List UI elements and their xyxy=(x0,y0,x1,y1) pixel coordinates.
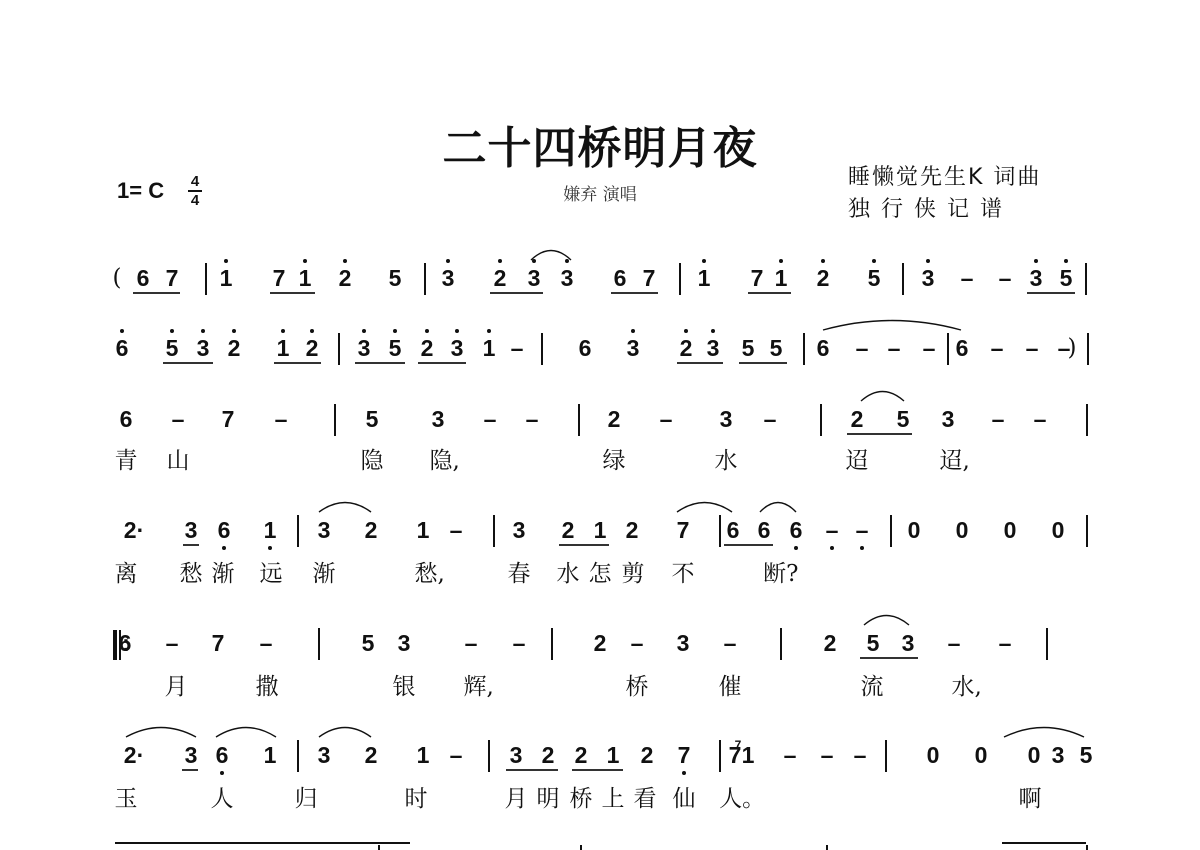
dash: – xyxy=(854,742,867,768)
dash: – xyxy=(260,630,273,656)
beam-underline xyxy=(611,292,658,294)
bracket: ( xyxy=(113,265,122,291)
lyric-syllable: 仙 xyxy=(673,780,696,813)
note: 5 xyxy=(770,335,783,361)
beam-underline xyxy=(274,362,321,364)
barline xyxy=(297,740,299,772)
note: 6 xyxy=(956,335,969,361)
note: 2 xyxy=(339,265,352,291)
note: 3 xyxy=(358,335,371,361)
beam-underline xyxy=(506,769,558,771)
note: 2 xyxy=(228,335,241,361)
note: 2 xyxy=(494,265,507,291)
note: 7 xyxy=(222,406,235,432)
note: 3 xyxy=(451,335,464,361)
lyric-syllable: 绿 xyxy=(603,442,626,475)
octave-dot-above xyxy=(232,329,236,333)
beam-underline xyxy=(133,292,180,294)
lyric-syllable: 剪 xyxy=(622,555,645,588)
beam-underline xyxy=(860,657,918,659)
lyric-syllable: 渐 xyxy=(212,555,235,588)
note: 2 xyxy=(562,517,575,543)
note: 6 xyxy=(137,265,150,291)
score-line-7-partial xyxy=(0,838,1200,850)
score-line-3: 6–7–53––2–3–253––青山隐隐,绿水迢迢, xyxy=(0,406,1200,496)
octave-dot-above xyxy=(303,259,307,263)
note: 2 xyxy=(306,335,319,361)
lyric-syllable: 断? xyxy=(763,555,798,588)
note: 3 xyxy=(561,265,574,291)
lyric-syllable: 愁 xyxy=(180,555,203,588)
note: 3 xyxy=(528,265,541,291)
score-line-4: 2·361321–32127666––0000离愁渐远渐愁,春水怎剪不断? xyxy=(0,517,1200,607)
beam-underline xyxy=(677,362,723,364)
octave-dot-below xyxy=(682,771,686,775)
score-line-6: 2·361321–32212771–––000357玉人归时月明桥上看仙人。啊 xyxy=(0,742,1200,832)
note: 3 xyxy=(185,742,198,768)
note: 5 xyxy=(389,265,402,291)
dash: – xyxy=(275,406,288,432)
note: 2 xyxy=(365,517,378,543)
lyric-syllable: 人 xyxy=(211,780,234,813)
lyric-syllable: 辉, xyxy=(464,668,494,701)
note: 6 xyxy=(216,742,229,768)
note: 6 xyxy=(120,406,133,432)
repeat-thick-bar xyxy=(113,630,117,660)
note: 1 xyxy=(483,335,496,361)
note: 5 xyxy=(868,265,881,291)
note: 2· xyxy=(124,517,144,543)
note: 3 xyxy=(442,265,455,291)
note: 3 xyxy=(197,335,210,361)
barline xyxy=(205,263,207,295)
note: 7 xyxy=(643,265,656,291)
note: 1 xyxy=(417,742,430,768)
dash: – xyxy=(961,265,974,291)
octave-dot-above xyxy=(821,259,825,263)
note: 2 xyxy=(641,742,654,768)
beam-underline xyxy=(270,292,315,294)
note: 3 xyxy=(677,630,690,656)
barline xyxy=(902,263,904,295)
note: 5 xyxy=(166,335,179,361)
dash: – xyxy=(821,742,834,768)
dash: – xyxy=(856,335,869,361)
dash: – xyxy=(172,406,185,432)
note: 2 xyxy=(542,742,555,768)
note: 6 xyxy=(116,335,129,361)
octave-dot-above xyxy=(1064,259,1068,263)
beam-underline xyxy=(559,544,609,546)
note: 1 xyxy=(299,265,312,291)
lyric-syllable: 离 xyxy=(115,555,138,588)
note: 2 xyxy=(608,406,621,432)
octave-dot-above xyxy=(779,259,783,263)
note: 7 xyxy=(678,742,691,768)
octave-dot-above xyxy=(170,329,174,333)
beam-underline xyxy=(1027,292,1075,294)
octave-dot-above xyxy=(455,329,459,333)
note: 5 xyxy=(1080,742,1093,768)
note: 7 xyxy=(677,517,690,543)
note: 2 xyxy=(824,630,837,656)
lyric-syllable: 归 xyxy=(295,780,318,813)
slur-long xyxy=(115,842,410,844)
slur-arc xyxy=(822,317,962,331)
lyric-syllable: 催 xyxy=(719,668,742,701)
note: 7 xyxy=(273,265,286,291)
note: 3 xyxy=(185,517,198,543)
note: 0 xyxy=(975,742,988,768)
note: 3 xyxy=(922,265,935,291)
note: 5 xyxy=(1060,265,1073,291)
note: 1 xyxy=(264,742,277,768)
note: 0 xyxy=(1052,517,1065,543)
octave-dot-above xyxy=(310,329,314,333)
slur-arc xyxy=(860,388,905,402)
dash: – xyxy=(166,630,179,656)
octave-dot-above xyxy=(684,329,688,333)
dash: – xyxy=(631,630,644,656)
lyric-syllable: 山 xyxy=(167,442,190,475)
octave-dot-above xyxy=(393,329,397,333)
barline xyxy=(1086,515,1088,547)
lyric-syllable: 时 xyxy=(405,780,428,813)
slur-right xyxy=(1002,842,1086,844)
octave-dot-above xyxy=(498,259,502,263)
barline xyxy=(493,515,495,547)
lyric-syllable: 怎 xyxy=(589,555,612,588)
barline xyxy=(541,333,543,365)
note: 0 xyxy=(1004,517,1017,543)
lyric-syllable: 看 xyxy=(634,780,657,813)
dash: – xyxy=(511,335,524,361)
note: 1 xyxy=(264,517,277,543)
note: 6 xyxy=(119,630,132,656)
bracket: ) xyxy=(1068,335,1077,361)
lyric-syllable: 流 xyxy=(861,668,884,701)
slur-arc xyxy=(318,499,372,513)
beam-underline xyxy=(355,362,405,364)
note: 3 xyxy=(707,335,720,361)
barline xyxy=(890,515,892,547)
slur-arc xyxy=(676,499,733,513)
octave-dot-above xyxy=(425,329,429,333)
beam-underline xyxy=(418,362,466,364)
octave-dot-below xyxy=(268,546,272,550)
note: 3 xyxy=(510,742,523,768)
dash: – xyxy=(999,630,1012,656)
dash: – xyxy=(991,335,1004,361)
score-line-5: :6–7–53––2–3–253––月撒银辉,桥催流水, xyxy=(0,630,1200,720)
note: 6 xyxy=(614,265,627,291)
dash: – xyxy=(888,335,901,361)
lyric-syllable: 水 xyxy=(715,442,738,475)
dash: – xyxy=(513,630,526,656)
note: 1 xyxy=(607,742,620,768)
slur-arc xyxy=(215,724,277,738)
note: 2 xyxy=(365,742,378,768)
dash: – xyxy=(999,265,1012,291)
lyric-syllable: 银 xyxy=(393,668,416,701)
octave-dot-above xyxy=(224,259,228,263)
slur-arc xyxy=(530,247,572,261)
lyric-syllable: 水 xyxy=(557,555,580,588)
octave-dot-above xyxy=(711,329,715,333)
lyric-syllable: 月 xyxy=(165,668,188,701)
dash: – xyxy=(948,630,961,656)
octave-dot-above xyxy=(702,259,706,263)
octave-dot-above xyxy=(926,259,930,263)
note: 0 xyxy=(956,517,969,543)
note: 2 xyxy=(421,335,434,361)
slur-arc xyxy=(125,724,197,738)
slur-arc xyxy=(863,612,910,626)
barline xyxy=(551,628,553,660)
note: 6 xyxy=(579,335,592,361)
note: 3 xyxy=(432,406,445,432)
octave-dot-below xyxy=(860,546,864,550)
barline xyxy=(803,333,805,365)
barline xyxy=(820,404,822,436)
barline xyxy=(1085,263,1087,295)
barline xyxy=(334,404,336,436)
barline xyxy=(578,404,580,436)
note: 3 xyxy=(318,517,331,543)
barline xyxy=(780,628,782,660)
note: 6 xyxy=(218,517,231,543)
barline xyxy=(885,740,887,772)
note: 5 xyxy=(742,335,755,361)
note: 1 xyxy=(742,742,755,768)
lyric-syllable: 玉 xyxy=(115,780,138,813)
note: 2 xyxy=(817,265,830,291)
note: 6 xyxy=(817,335,830,361)
lyric-syllable: 远 xyxy=(260,555,283,588)
lyric-syllable: 渐 xyxy=(313,555,336,588)
dash: – xyxy=(1026,335,1039,361)
credit-lyrics-music: 睡懒觉先生K 词曲 xyxy=(848,162,1041,194)
note: 6 xyxy=(727,517,740,543)
dash: – xyxy=(826,517,839,543)
barline xyxy=(826,845,828,850)
note: 1 xyxy=(775,265,788,291)
lyric-syllable: 春 xyxy=(508,555,531,588)
beam-underline xyxy=(739,362,787,364)
barline xyxy=(424,263,426,295)
barline xyxy=(338,333,340,365)
note: 3 xyxy=(398,630,411,656)
lyric-syllable: 隐, xyxy=(430,442,460,475)
barline xyxy=(1086,404,1088,436)
dash: – xyxy=(450,742,463,768)
note: 7 xyxy=(166,265,179,291)
octave-dot-below xyxy=(222,546,226,550)
note: 1 xyxy=(594,517,607,543)
note: 5 xyxy=(389,335,402,361)
note: 5 xyxy=(867,630,880,656)
note: 2 xyxy=(626,517,639,543)
lyric-syllable: 桥 xyxy=(626,668,649,701)
lyric-syllable: 明 xyxy=(537,780,560,813)
note: 2 xyxy=(680,335,693,361)
barline xyxy=(297,515,299,547)
note: 3 xyxy=(942,406,955,432)
beam-underline xyxy=(847,433,912,435)
lyric-syllable: 青 xyxy=(115,442,138,475)
lyric-syllable: 愁, xyxy=(415,555,445,588)
barline xyxy=(1046,628,1048,660)
dash: – xyxy=(484,406,497,432)
barline xyxy=(719,515,721,547)
barline xyxy=(378,845,380,850)
note: 2· xyxy=(124,742,144,768)
note: 3 xyxy=(720,406,733,432)
slur-arc xyxy=(1003,724,1085,738)
dash: – xyxy=(856,517,869,543)
grace-note: 7 xyxy=(735,732,742,758)
barline xyxy=(719,740,721,772)
slur-arc xyxy=(318,724,372,738)
lyric-syllable: 人。 xyxy=(719,780,765,813)
dash: – xyxy=(923,335,936,361)
beam-underline xyxy=(748,292,791,294)
note: 0 xyxy=(1028,742,1041,768)
note: 6 xyxy=(758,517,771,543)
octave-dot-above xyxy=(872,259,876,263)
lyric-syllable: 隐 xyxy=(361,442,384,475)
note: 3 xyxy=(627,335,640,361)
barline xyxy=(679,263,681,295)
dash: – xyxy=(465,630,478,656)
lyric-syllable: 上 xyxy=(602,780,625,813)
dash: – xyxy=(1034,406,1047,432)
beam-underline xyxy=(183,544,199,546)
note: 3 xyxy=(1052,742,1065,768)
note: 5 xyxy=(897,406,910,432)
note: 0 xyxy=(908,517,921,543)
beam-underline xyxy=(724,544,773,546)
note: 1 xyxy=(417,517,430,543)
beam-underline xyxy=(572,769,623,771)
note: 3 xyxy=(1030,265,1043,291)
note: 1 xyxy=(698,265,711,291)
barline xyxy=(1087,333,1089,365)
octave-dot-above xyxy=(120,329,124,333)
lyric-syllable: 迢 xyxy=(846,442,869,475)
credit-transcriber: 独 行 侠 记 谱 xyxy=(848,194,1041,226)
note: 1 xyxy=(220,265,233,291)
lyric-syllable: 月 xyxy=(505,780,528,813)
note: 3 xyxy=(513,517,526,543)
octave-dot-above xyxy=(487,329,491,333)
beam-underline xyxy=(163,362,213,364)
note: 5 xyxy=(366,406,379,432)
lyric-syllable: 迢, xyxy=(940,442,970,475)
octave-dot-above xyxy=(631,329,635,333)
dash: – xyxy=(764,406,777,432)
dash: – xyxy=(784,742,797,768)
lyric-syllable: 桥 xyxy=(570,780,593,813)
note: 6 xyxy=(790,517,803,543)
octave-dot-above xyxy=(343,259,347,263)
lyric-syllable: 水, xyxy=(952,668,982,701)
octave-dot-above xyxy=(281,329,285,333)
octave-dot-below xyxy=(794,546,798,550)
dash: – xyxy=(526,406,539,432)
note: 2 xyxy=(851,406,864,432)
beam-underline xyxy=(490,292,543,294)
barline xyxy=(488,740,490,772)
lyric-syllable: 撒 xyxy=(256,668,279,701)
lyric-syllable: 啊 xyxy=(1019,780,1042,813)
octave-dot-above xyxy=(201,329,205,333)
note: 2 xyxy=(594,630,607,656)
dash: – xyxy=(660,406,673,432)
beam-underline xyxy=(182,769,198,771)
octave-dot-above xyxy=(1034,259,1038,263)
octave-dot-above xyxy=(446,259,450,263)
note: 3 xyxy=(902,630,915,656)
octave-dot-below xyxy=(830,546,834,550)
dash: – xyxy=(992,406,1005,432)
note: 0 xyxy=(927,742,940,768)
note: 5 xyxy=(362,630,375,656)
credits: 睡懒觉先生K 词曲 独 行 侠 记 谱 xyxy=(848,162,1041,226)
octave-dot-above xyxy=(362,329,366,333)
note: 3 xyxy=(318,742,331,768)
lyric-syllable: 不 xyxy=(672,555,695,588)
octave-dot-below xyxy=(220,771,224,775)
note: 7 xyxy=(751,265,764,291)
barline xyxy=(1086,845,1088,850)
note: 2 xyxy=(575,742,588,768)
note: 7 xyxy=(212,630,225,656)
dash: – xyxy=(450,517,463,543)
note: 1 xyxy=(277,335,290,361)
dash: – xyxy=(724,630,737,656)
barline xyxy=(947,333,949,365)
slur-arc xyxy=(759,499,797,513)
barline xyxy=(580,845,582,850)
barline xyxy=(318,628,320,660)
